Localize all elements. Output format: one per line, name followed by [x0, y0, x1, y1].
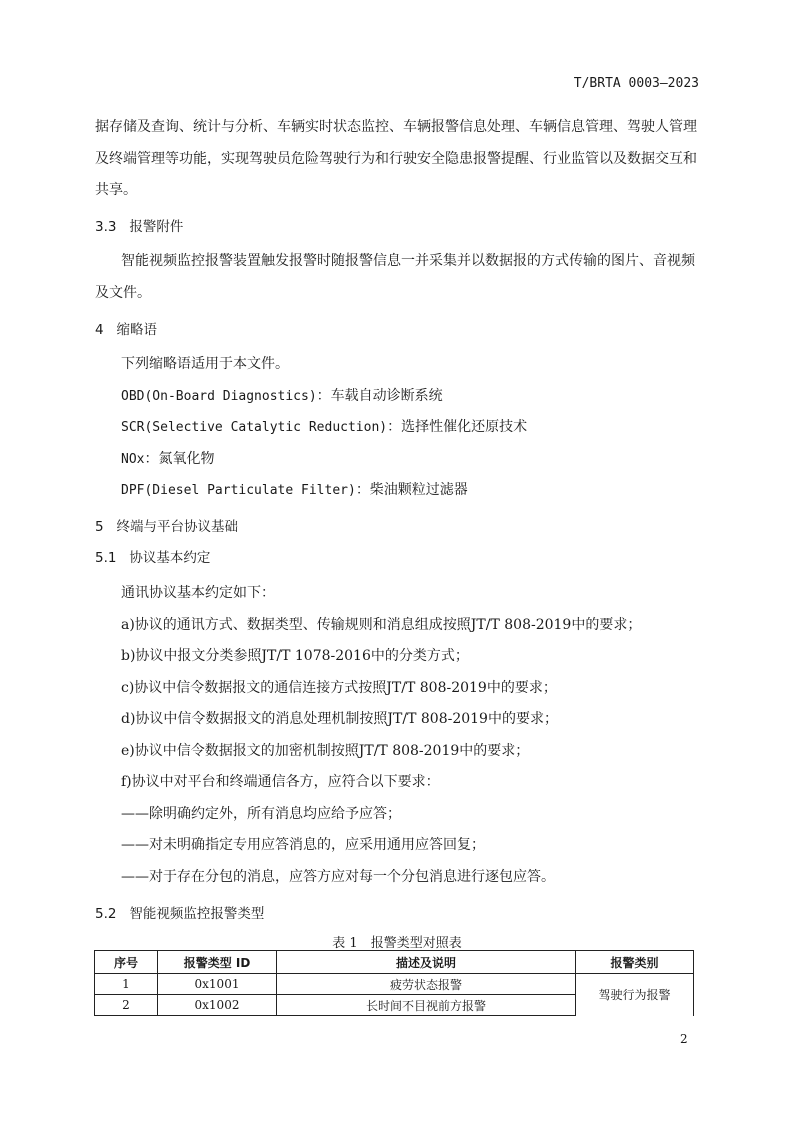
column-header-alarm-id: 报警类型 ID: [158, 951, 277, 974]
list-item: d)协议中信令数据报文的消息处理机制按照JT/T 808-2019中的要求；: [121, 708, 558, 728]
dash-item: ——对未明确指定专用应答消息的，应采用通用应答回复；: [121, 834, 485, 854]
paragraph-line: 据存储及查询、统计与分析、车辆实时状态监控、车辆报警信息处理、车辆信息管理、驾驶…: [95, 116, 697, 136]
abbreviation-term: OBD(On-Board Diagnostics): [121, 389, 317, 404]
cell-no: 2: [95, 995, 158, 1016]
cell-alarm-id: 0x1001: [158, 974, 277, 995]
section-heading-4: 4 缩略语: [95, 318, 157, 338]
paragraph-line: 智能视频监控报警装置触发报警时随报警信息一并采集并以数据报的方式传输的图片、音视…: [121, 250, 695, 270]
section-title: 智能视频监控报警类型: [129, 906, 264, 922]
column-header-description: 描述及说明: [277, 951, 576, 974]
paragraph-line: 共享。: [95, 179, 137, 199]
document-id-header: T/BRTA 0003—2023: [574, 76, 699, 91]
abbreviation-term: SCR(Selective Catalytic Reduction): [121, 420, 387, 435]
section-number: 3.3: [95, 219, 116, 235]
list-item: c)协议中信令数据报文的通信连接方式按照JT/T 808-2019中的要求；: [121, 677, 557, 697]
column-header-no: 序号: [95, 951, 158, 974]
section-number: 5.2: [95, 906, 116, 922]
page-number: 2: [680, 1032, 688, 1046]
alarm-type-table: 序号 报警类型 ID 描述及说明 报警类别 1 0x1001 疲劳状态报警 驾驶…: [94, 950, 694, 1016]
section-number: 5.1: [95, 550, 116, 566]
section-title: 缩略语: [116, 322, 157, 338]
abbreviation-item: DPF(Diesel Particulate Filter)：柴油颗粒过滤器: [121, 479, 468, 499]
table-header-row: 序号 报警类型 ID 描述及说明 报警类别: [95, 951, 694, 974]
section-title: 报警附件: [129, 219, 183, 235]
section-heading-5-2: 5.2 智能视频监控报警类型: [95, 902, 264, 922]
abbreviation-definition: ：选择性催化还原技术: [387, 419, 527, 435]
paragraph-line: 及终端管理等功能，实现驾驶员危险驾驶行为和行驶安全隐患报警提醒、行业监管以及数据…: [95, 148, 697, 168]
dash-item: ——对于存在分包的消息，应答方应对每一个分包消息进行逐包应答。: [121, 866, 555, 886]
list-item: b)协议中报文分类参照JT/T 1078-2016中的分类方式；: [121, 645, 469, 665]
paragraph-line: 通讯协议基本约定如下：: [121, 582, 275, 602]
section-heading-5: 5 终端与平台协议基础: [95, 515, 238, 535]
column-header-category: 报警类别: [576, 951, 694, 974]
section-heading-5-1: 5.1 协议基本约定: [95, 546, 210, 566]
list-item: a)协议的通讯方式、数据类型、传输规则和消息组成按照JT/T 808-2019中…: [121, 614, 641, 634]
abbreviation-definition: ：氮氧化物: [144, 451, 214, 467]
section-number: 4: [95, 322, 104, 338]
abbreviation-term: NOx: [121, 452, 144, 467]
cell-alarm-id: 0x1002: [158, 995, 277, 1016]
abbreviation-term: DPF(Diesel Particulate Filter): [121, 483, 356, 498]
paragraph-line: 及文件。: [95, 282, 151, 302]
dash-item: ——除明确约定外，所有消息均应给予应答；: [121, 803, 401, 823]
abbreviation-item: OBD(On-Board Diagnostics)：车载自动诊断系统: [121, 385, 443, 405]
cell-category: 驾驶行为报警: [576, 974, 694, 1016]
list-item: e)协议中信令数据报文的加密机制按照JT/T 808-2019中的要求；: [121, 740, 529, 760]
section-title: 协议基本约定: [129, 550, 210, 566]
abbreviation-definition: ：车载自动诊断系统: [317, 388, 443, 404]
section-heading-3-3: 3.3 报警附件: [95, 215, 183, 235]
list-item: f)协议中对平台和终端通信各方，应符合以下要求：: [121, 771, 440, 791]
section-title: 终端与平台协议基础: [116, 519, 238, 535]
section-number: 5: [95, 519, 104, 535]
paragraph-line: 下列缩略语适用于本文件。: [121, 353, 289, 373]
cell-no: 1: [95, 974, 158, 995]
table-row: 1 0x1001 疲劳状态报警 驾驶行为报警: [95, 974, 694, 995]
abbreviation-item: NOx：氮氧化物: [121, 448, 214, 468]
table-caption: 表 1 报警类型对照表: [0, 932, 794, 951]
abbreviation-definition: ：柴油颗粒过滤器: [356, 482, 468, 498]
abbreviation-item: SCR(Selective Catalytic Reduction)：选择性催化…: [121, 416, 527, 436]
cell-description: 疲劳状态报警: [277, 974, 576, 995]
cell-description: 长时间不目视前方报警: [277, 995, 576, 1016]
